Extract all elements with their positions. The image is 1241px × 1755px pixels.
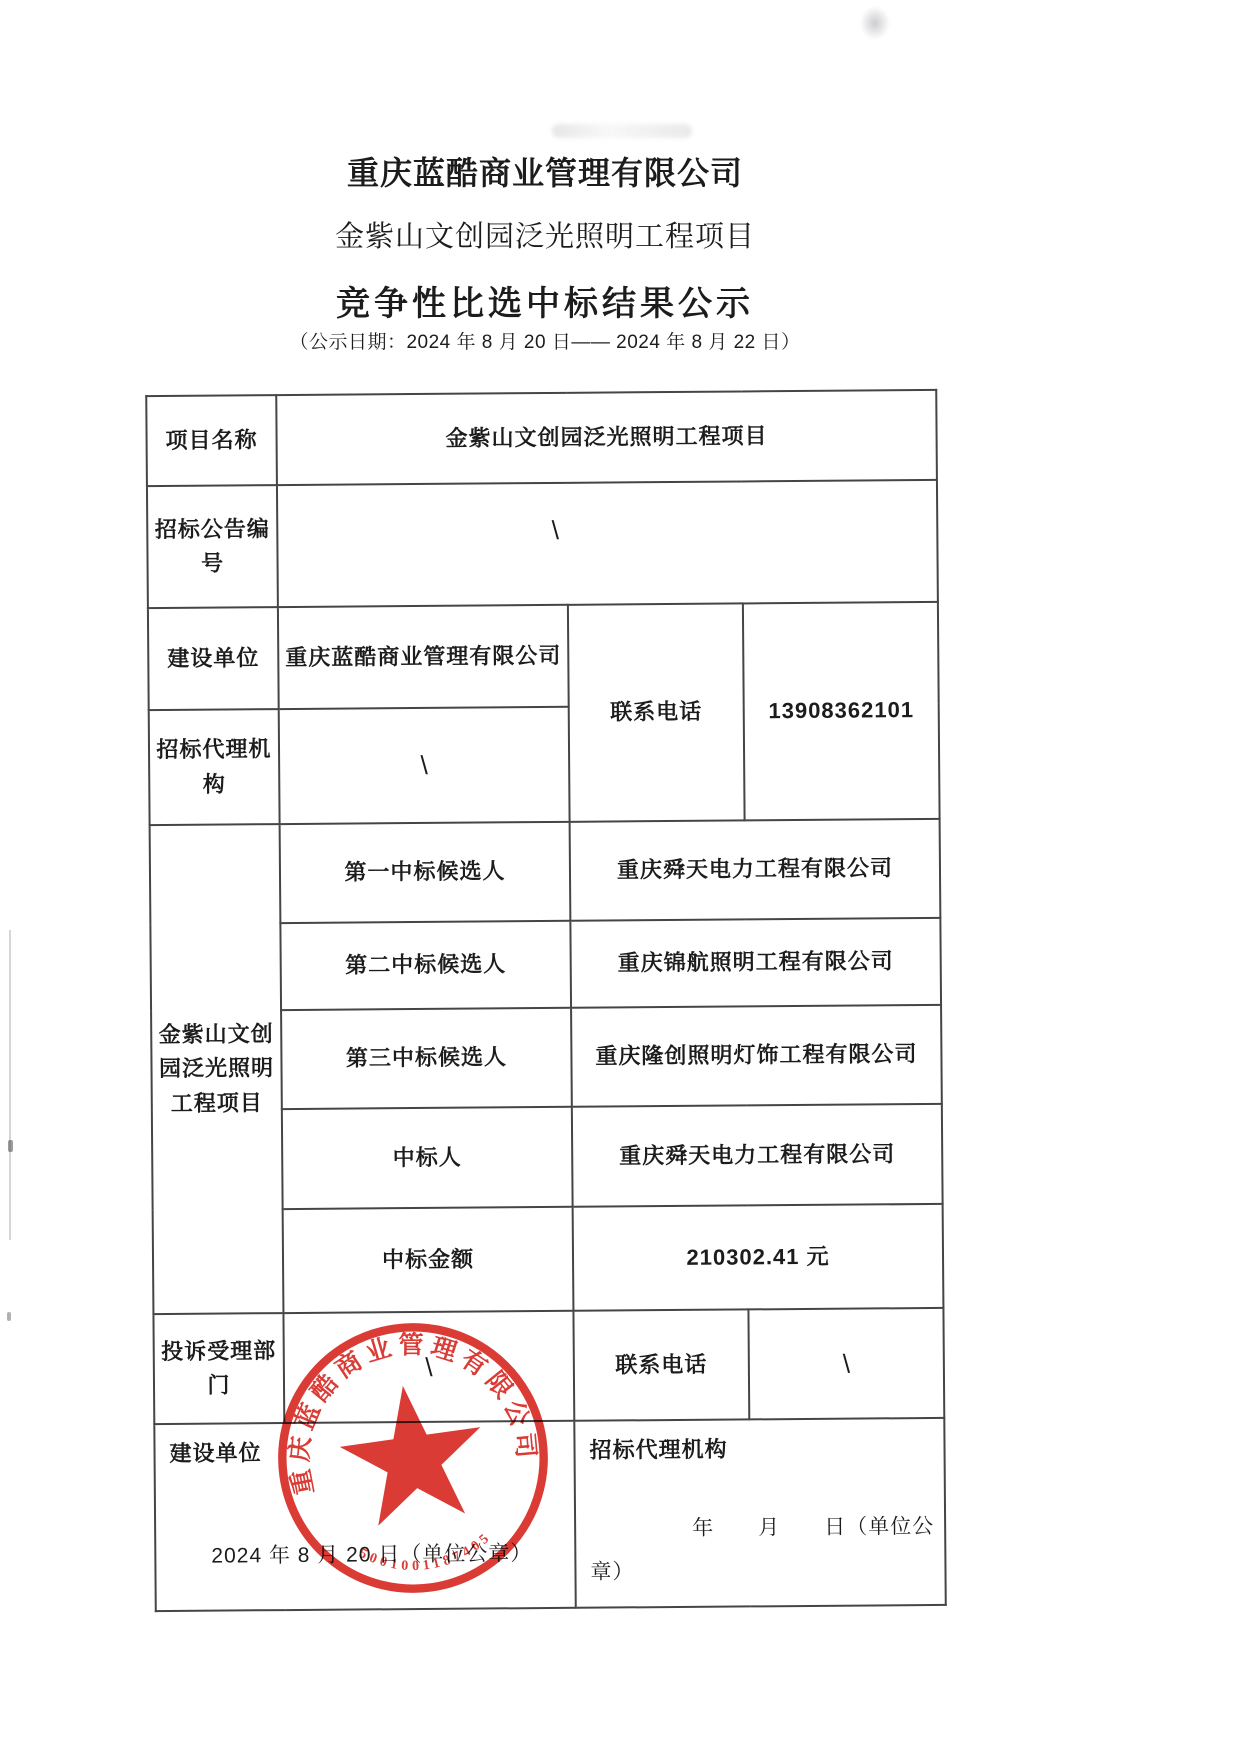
announcement-no-value: \ [277,480,938,607]
complaint-phone-label: 联系电话 [573,1309,749,1420]
bidding-agency-value: \ [279,707,570,824]
scan-artifact [552,124,692,138]
winner-value: 重庆舜天电力工程有限公司 [572,1104,943,1207]
contact-phone-label: 联系电话 [568,603,745,821]
result-title: 竞争性比选中标结果公示 [150,276,940,325]
candidate-2-value: 重庆锦航照明工程有限公司 [570,918,941,1008]
scan-artifact [9,930,11,1240]
construction-unit-value: 重庆蓝酷商业管理有限公司 [278,605,569,709]
signature-right-date-line2: 章） [590,1556,634,1589]
scan-artifact [7,1312,11,1321]
handwritten-slash: \ [843,1348,850,1378]
signature-right-date-line1: 年 月 日（单位公 [692,1511,934,1545]
candidate-3-label: 第三中标候选人 [281,1008,572,1109]
signature-left-date: 2024 年 8 月 20 日（单位公章） [211,1538,532,1573]
winning-amount-value: 210302.41 元 [573,1204,944,1311]
table-row: 建设单位 2024 年 8 月 20 日（单位公章） 招标代理机构 年 月 日（… [154,1418,945,1611]
construction-unit-label: 建设单位 [148,607,279,710]
table-row: 招标公告编号 \ [147,480,938,608]
scanned-document: 重庆蓝酷商业管理有限公司 金紫山文创园泛光照明工程项目 竞争性比选中标结果公示 … [0,0,1241,1755]
winning-amount-label: 中标金额 [283,1207,574,1313]
candidate-2-label: 第二中标候选人 [280,921,571,1010]
publicity-date-line: （公示日期：2024 年 8 月 20 日—— 2024 年 8 月 22 日） [150,327,940,354]
signature-cell-construction-unit: 建设单位 2024 年 8 月 20 日（单位公章） [154,1421,575,1611]
company-title: 重庆蓝酷商业管理有限公司 [150,148,940,194]
project-group-label: 金紫山文创园泛光照明工程项目 [150,824,284,1314]
signature-left-title: 建设单位 [169,1436,261,1471]
signature-right-title: 招标代理机构 [589,1433,727,1468]
table-row: 建设单位 重庆蓝酷商业管理有限公司 联系电话 13908362101 [148,602,939,710]
complaint-dept-label: 投诉受理部门 [153,1313,284,1424]
bidding-agency-label: 招标代理机构 [149,709,280,825]
handwritten-slash: \ [425,1352,432,1382]
complaint-dept-value: \ [283,1311,574,1423]
contact-phone-value: 13908362101 [743,602,940,821]
table-row: 金紫山文创园泛光照明工程项目 第一中标候选人 重庆舜天电力工程有限公司 [150,819,941,924]
scan-artifact [8,1140,13,1152]
table-row: 投诉受理部门 \ 联系电话 \ [153,1308,944,1424]
table-row: 项目名称 金紫山文创园泛光照明工程项目 [146,390,937,486]
candidate-3-value: 重庆隆创照明灯饰工程有限公司 [571,1005,942,1107]
signature-cell-bidding-agency: 招标代理机构 年 月 日（单位公 章） [574,1418,945,1608]
project-name-label: 项目名称 [146,395,277,486]
candidate-1-label: 第一中标候选人 [280,822,571,923]
winner-label: 中标人 [282,1107,573,1209]
result-table: 项目名称 金紫山文创园泛光照明工程项目 招标公告编号 \ 建设单位 重庆蓝酷商业… [145,389,947,1612]
announcement-no-label: 招标公告编号 [147,485,278,608]
scan-artifact [860,6,890,40]
handwritten-slash: \ [552,515,559,545]
complaint-phone-value: \ [748,1308,944,1420]
project-name-value: 金紫山文创园泛光照明工程项目 [276,390,937,485]
result-table-wrapper: 项目名称 金紫山文创园泛光照明工程项目 招标公告编号 \ 建设单位 重庆蓝酷商业… [150,392,942,1609]
project-title: 金紫山文创园泛光照明工程项目 [150,214,940,255]
handwritten-slash: \ [420,750,427,780]
candidate-1-value: 重庆舜天电力工程有限公司 [570,819,941,921]
